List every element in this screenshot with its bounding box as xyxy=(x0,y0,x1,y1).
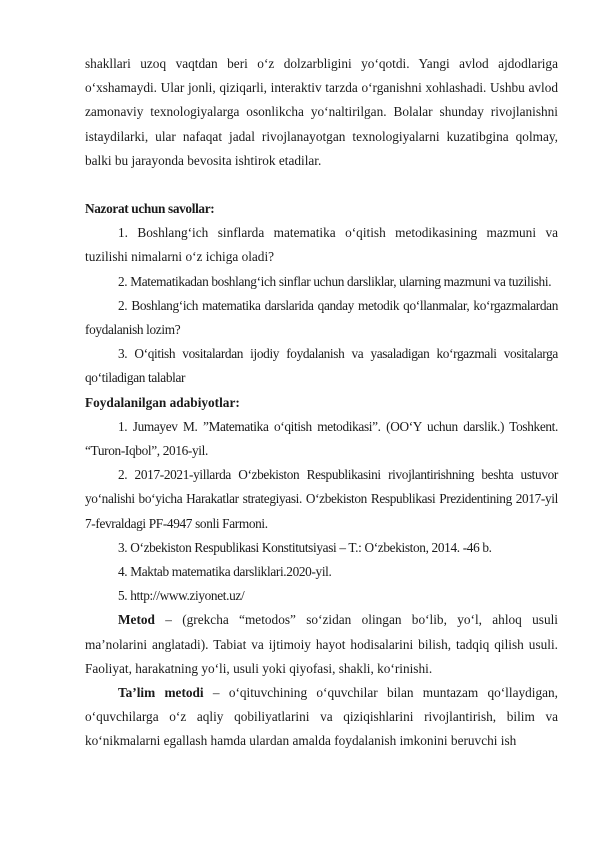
definition-term: Ta’lim metodi xyxy=(118,685,204,700)
definition-paragraph: Ta’lim metodi – o‘qituvchining o‘quvchil… xyxy=(85,681,558,754)
paragraph-spacer xyxy=(85,173,558,197)
definitions-section: Metod – (grekcha “metodos” so‘zidan olin… xyxy=(85,608,558,753)
question-item: 2. Boshlang‘ich matematika darslarida qa… xyxy=(85,294,558,342)
reference-item: 1. Jumayev M. ”Matematika o‘qitish metod… xyxy=(85,415,558,463)
question-item: 1. Boshlang‘ich sinflarda matematika o‘q… xyxy=(85,221,558,269)
document-page: shakllari uzoq vaqtdan beri o‘z dolzarbl… xyxy=(85,52,558,754)
control-questions-section: Nazorat uchun savollar: 1. Boshlang‘ich … xyxy=(85,197,558,391)
definition-separator: – xyxy=(155,612,182,627)
reference-item: 4. Maktab matematika darsliklari.2020-yi… xyxy=(85,560,558,584)
control-questions-heading: Nazorat uchun savollar: xyxy=(85,197,558,221)
definition-paragraph: Metod – (grekcha “metodos” so‘zidan olin… xyxy=(85,608,558,681)
reference-link[interactable]: 5. http://www.ziyonet.uz/ xyxy=(85,584,558,608)
references-section: Foydalanilgan adabiyotlar: 1. Jumayev M.… xyxy=(85,391,558,609)
definition-term: Metod xyxy=(118,612,155,627)
references-heading: Foydalanilgan adabiyotlar: xyxy=(85,391,558,415)
reference-item: 2. 2017-2021-yillarda O‘zbekiston Respub… xyxy=(85,463,558,536)
reference-item: 3. O‘zbekiston Respublikasi Konstitutsiy… xyxy=(85,536,558,560)
question-item: 2. Matematikadan boshlang‘ich sinflar uc… xyxy=(85,270,558,294)
definition-separator: – xyxy=(204,685,229,700)
intro-paragraph: shakllari uzoq vaqtdan beri o‘z dolzarbl… xyxy=(85,52,558,173)
question-item: 3. O‘qitish vositalardan ijodiy foydalan… xyxy=(85,342,558,390)
